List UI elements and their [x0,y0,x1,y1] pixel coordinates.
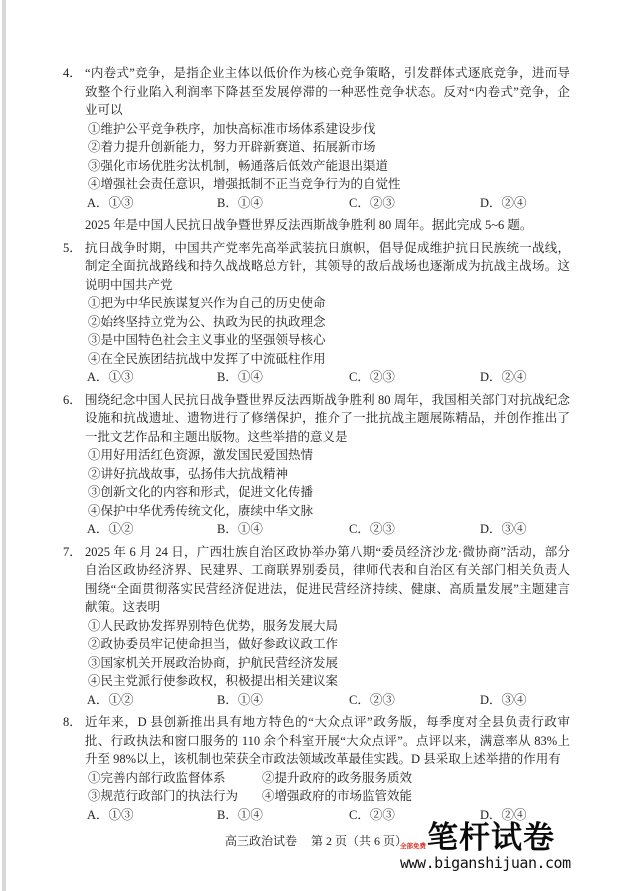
option-item-2: ②着力提升创新能力，努力开辟新赛道、拓展新市场 [85,138,570,157]
choice-a: A．①③ [87,194,217,213]
question-4: 4． “内卷式”竞争，是指企业主体以低价作为核心竞争策略，引发群体式逐底竞争，进… [63,64,570,212]
choice-a: A．①③ [87,806,217,825]
exam-paper-page: 4． “内卷式”竞争，是指企业主体以低价作为核心竞争策略，引发群体式逐底竞争，进… [0,0,632,891]
footer-page-number: 第 2 页（共 6 页） [311,834,407,848]
choice-a: A．①③ [87,368,217,387]
option-item-2: ②始终坚持立党为公、执政为民的执政理念 [85,313,570,332]
questions-area: 4． “内卷式”竞争，是指企业主体以低价作为核心竞争策略，引发群体式逐底竞争，进… [63,64,570,828]
choice-b: B．①④ [217,194,349,213]
question-8-stem: 近年来，D 县创新推出具有地方特色的“大众点评”政务版，每季度对全县负责行政审批… [85,713,570,769]
option-item-2: ②讲好抗战故事，弘扬伟大抗战精神 [85,465,570,484]
option-item-3: ③强化市场优胜劣汰机制，畅通落后低效产能退出渠道 [85,157,570,176]
option-item-1: ①把为中华民族谋复兴作为自己的历史使命 [85,294,570,313]
option-item-2: ②提升政府的政务服务质效 [262,769,570,788]
question-6-answer-choices: A．①② B．①④ C．②③ D．③④ [85,520,570,539]
question-8-options: ①完善内部行政监督体系 ②提升政府的政务服务质效 ③规范行政部门的执法行为 ④增… [85,769,570,806]
choice-a: A．①② [87,520,217,539]
option-item-4: ④增强政府的市场监管效能 [262,787,570,806]
option-item-4: ④在全民族团结抗战中发挥了中流砥柱作用 [85,350,570,369]
question-6: 6． 围绕纪念中国人民抗日战争暨世界反法西斯战争胜利 80 周年，我国相关部门对… [63,391,570,539]
question-4-options: ①维护公平竞争秩序，加快高标准市场体系建设步伐 ②着力提升创新能力，努力开辟新赛… [85,120,570,194]
choice-b: B．①④ [217,368,349,387]
question-5: 5． 抗日战争时期，中国共产党率先高举武装抗日旗帜，倡导促成维护抗日民族统一战线… [63,239,570,387]
watermark-row: 全部免费 笔杆试卷 [400,821,571,854]
watermark-url: www.biganshijuan.com [400,854,571,873]
option-item-3: ③规范行政部门的执法行为 [88,787,262,806]
scan-edge-line [2,0,6,891]
question-7-stem: 2025 年 6 月 24 日，广西壮族自治区政协举办第八期“委员经济沙龙·微协… [85,543,570,617]
option-item-1: ①用好用活红色资源，激发国民爱国热情 [85,446,570,465]
footer-exam-title: 高三政治试卷 [225,834,297,848]
choice-b: B．①④ [217,520,349,539]
question-7: 7． 2025 年 6 月 24 日，广西壮族自治区政协举办第八期“委员经济沙龙… [63,543,570,710]
question-6-options: ①用好用活红色资源，激发国民爱国热情 ②讲好抗战故事，弘扬伟大抗战精神 ③创新文… [85,446,570,520]
question-5-answer-choices: A．①③ B．①④ C．②③ D．②④ [85,368,570,387]
question-6-number: 6． [63,391,82,410]
question-4-answer-choices: A．①③ B．①④ C．②③ D．②④ [85,194,570,213]
watermark-brand: 笔杆试卷 [427,821,555,854]
question-8-number: 8． [63,713,82,732]
choice-c: C．②③ [349,520,480,539]
question-7-options: ①人民政协发挥界别特色优势，服务发展大局 ②政协委员牢记使命担当，做好参政议政工… [85,617,570,691]
option-item-4: ④民主党派行使参政权，积极提出相关建议案 [85,672,570,691]
question-6-stem: 围绕纪念中国人民抗日战争暨世界反法西斯战争胜利 80 周年，我国相关部门对抗战纪… [85,391,570,447]
question-7-number: 7． [63,543,82,562]
option-item-1: ①人民政协发挥界别特色优势，服务发展大局 [85,617,570,636]
choice-a: A．①② [87,691,217,710]
option-item-1: ①维护公平竞争秩序，加快高标准市场体系建设步伐 [85,120,570,139]
choice-d: D．②④ [480,368,570,387]
question-4-stem: “内卷式”竞争，是指企业主体以低价作为核心竞争策略，引发群体式逐底竞争，进而导致… [85,64,570,120]
question-5-stem: 抗日战争时期，中国共产党率先高举武装抗日旗帜，倡导促成维护抗日民族统一战线，制定… [85,239,570,295]
option-item-3: ③国家机关开展政治协商，护航民营经济发展 [85,654,570,673]
choice-c: C．②③ [349,194,480,213]
choice-b: B．①④ [217,806,349,825]
option-item-4: ④增强社会责任意识，增强抵制不正当竞争行为的自觉性 [85,175,570,194]
option-item-2: ②政协委员牢记使命担当，做好参政议政工作 [85,635,570,654]
choice-d: D．②④ [480,194,570,213]
option-item-3: ③是中国特色社会主义事业的坚强领导核心 [85,331,570,350]
option-item-4: ④保护中华优秀传统文化，赓续中华文脉 [85,502,570,521]
choice-b: B．①④ [217,691,349,710]
choice-d: D．③④ [480,520,570,539]
question-7-answer-choices: A．①② B．①④ C．②③ D．③④ [85,691,570,710]
option-item-1: ①完善内部行政监督体系 [88,769,262,788]
choice-c: C．②③ [349,691,480,710]
option-item-3: ③创新文化的内容和形式，促进文化传播 [85,483,570,502]
lead-in-note: 2025 年是中国人民抗日战争暨世界反法西斯战争胜利 80 周年。据此完成 5~… [85,216,570,235]
choice-d: D．③④ [480,691,570,710]
question-5-number: 5． [63,239,82,258]
question-8: 8． 近年来，D 县创新推出具有地方特色的“大众点评”政务版，每季度对全县负责行… [63,713,570,824]
question-5-options: ①把为中华民族谋复兴作为自己的历史使命 ②始终坚持立党为公、执政为民的执政理念 … [85,294,570,368]
question-4-number: 4． [63,64,82,83]
watermark: 全部免费 笔杆试卷 www.biganshijuan.com [400,821,571,873]
choice-c: C．②③ [349,368,480,387]
watermark-free-label: 全部免费 [400,843,426,850]
